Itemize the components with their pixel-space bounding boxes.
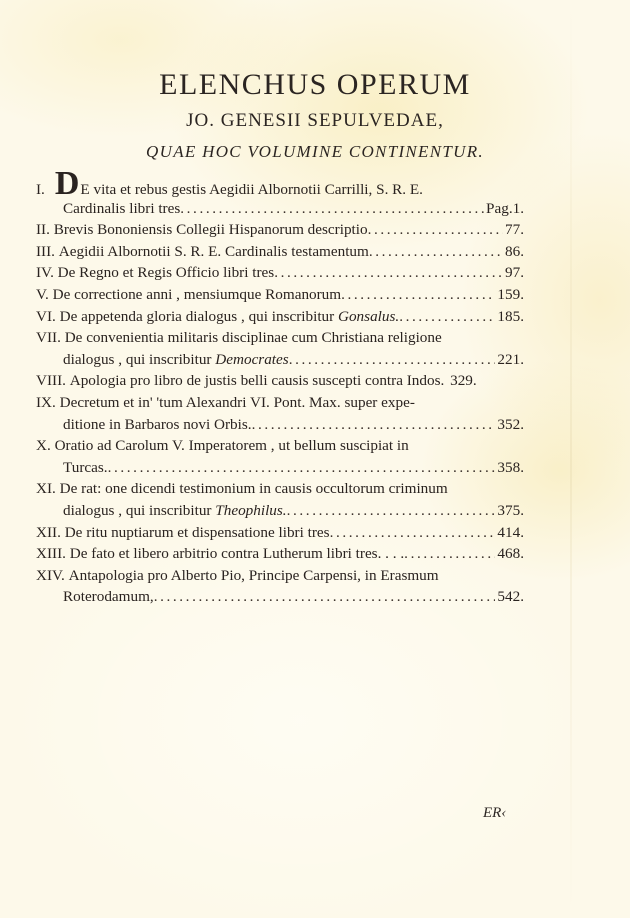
dot-leader: ........................................… <box>289 349 496 371</box>
toc-entry-4: IV. De Regno et Regis Officio libri tres… <box>36 262 524 284</box>
entry-title: De fato et libero arbitrio contra Luther… <box>70 543 404 565</box>
entry-numeral: XI. <box>36 478 56 500</box>
entry-numeral: X. <box>36 435 51 457</box>
dot-leader: ........................................… <box>252 414 496 436</box>
entry-title: Decretum et in' 'tum Alexandri VI. Pont.… <box>60 392 415 414</box>
entry-title: De Regno et Regis Officio libri tres <box>58 262 275 284</box>
page-fold-shadow <box>570 0 572 918</box>
entry-numeral: III. <box>36 241 55 263</box>
entry-title: De ritu nuptiarum et dispensatione libri… <box>65 522 330 544</box>
page-number: 221. <box>495 349 524 371</box>
catchword: ER‹ <box>483 805 506 822</box>
page-number: 468. <box>495 543 524 565</box>
dot-leader: ........................................… <box>330 522 496 544</box>
page-number: 414. <box>495 522 524 544</box>
page-number: 329. <box>448 370 477 392</box>
page-number: 542. <box>495 586 524 608</box>
entry-numeral: IV. <box>36 262 54 284</box>
dot-leader: ........................................… <box>180 198 484 220</box>
toc-entry-14-line-1: XIV. Antapologia pro Alberto Pio, Princi… <box>36 565 524 587</box>
dot-leader: ........................................… <box>369 241 503 263</box>
entry-title-italic: Democrates <box>215 349 288 371</box>
page-number: 375. <box>495 500 524 522</box>
toc-entry-14-line-2: Roterodamum, ...........................… <box>36 586 524 608</box>
entry-title-cont: dialogus , qui inscribitur <box>63 500 212 522</box>
entry-title: De rat: one dicendi testimonium in causi… <box>60 478 448 500</box>
dot-leader: ........................................… <box>108 457 496 479</box>
entry-numeral: XIV. <box>36 565 65 587</box>
entry-title: De appetenda gloria dialogus , qui inscr… <box>60 306 335 328</box>
toc-entry-10-line-1: X. Oratio ad Carolum V. Imperatorem , ut… <box>36 435 524 457</box>
entry-numeral: IX. <box>36 392 56 414</box>
page-number: 159. <box>495 284 524 306</box>
toc-entry-11-line-2: dialogus , qui inscribitur Theophilus. .… <box>36 500 524 522</box>
toc-entry-11-line-1: XI. De rat: one dicendi testimonium in c… <box>36 478 524 500</box>
table-of-contents: I. D E vita et rebus gestis Aegidii Albo… <box>36 176 524 608</box>
dot-leader: ........................................… <box>404 543 495 565</box>
toc-entry-7-line-1: VII. De convenientia militaris disciplin… <box>36 327 524 349</box>
page-number: 185. <box>495 306 524 328</box>
toc-entry-1-line-2: Cardinalis libri tres ..................… <box>36 198 524 220</box>
page-number: 97. <box>503 262 524 284</box>
page-number: 77. <box>503 219 524 241</box>
page-number: 86. <box>503 241 524 263</box>
entry-title: Antapologia pro Alberto Pio, Principe Ca… <box>69 565 439 587</box>
entry-title-italic: Theophilus. <box>215 500 286 522</box>
entry-title-cont: dialogus , qui inscribitur <box>63 349 212 371</box>
page-number: Pag.1. <box>484 198 524 220</box>
dot-leader: ........................................… <box>287 500 496 522</box>
dot-leader: ........................................… <box>399 306 495 328</box>
toc-entry-6: VI. De appetenda gloria dialogus , qui i… <box>36 306 524 328</box>
entry-numeral: I. <box>36 179 45 201</box>
toc-entry-10-line-2: Turcas. ................................… <box>36 457 524 479</box>
toc-entry-9-line-1: IX. Decretum et in' 'tum Alexandri VI. P… <box>36 392 524 414</box>
dot-leader: ........................................… <box>274 262 503 284</box>
toc-entry-2: II. Brevis Bononiensis Collegii Hispanor… <box>36 219 524 241</box>
entry-title: De correctione anni , mensiumque Romanor… <box>53 284 341 306</box>
entry-title-cont: ditione in Barbaros novi Orbis. <box>63 414 252 436</box>
entry-title-cont: Roterodamum, <box>63 586 154 608</box>
dot-leader: ........................................… <box>368 219 503 241</box>
toc-entry-3: III. Aegidii Albornotii S. R. E. Cardina… <box>36 241 524 263</box>
toc-entry-12: XII. De ritu nuptiarum et dispensatione … <box>36 522 524 544</box>
dot-leader: ........................................… <box>341 284 495 306</box>
entry-title-cont: Turcas. <box>63 457 108 479</box>
entry-title: Brevis Bononiensis Collegii Hispanorum d… <box>54 219 368 241</box>
toc-entry-9-line-2: ditione in Barbaros novi Orbis. ........… <box>36 414 524 436</box>
toc-entry-13: XIII. De fato et libero arbitrio contra … <box>36 543 524 565</box>
entry-numeral: V. <box>36 284 49 306</box>
entry-numeral: XII. <box>36 522 61 544</box>
entry-title: Aegidii Albornotii S. R. E. Cardinalis t… <box>59 241 369 263</box>
entry-numeral: II. <box>36 219 50 241</box>
entry-title: Oratio ad Carolum V. Imperatorem , ut be… <box>55 435 409 457</box>
author-line: JO. GENESII SEPULVEDAE, <box>0 110 630 132</box>
entry-title: De convenientia militaris disciplinae cu… <box>65 327 442 349</box>
toc-entry-1-line-1: I. D E vita et rebus gestis Aegidii Albo… <box>36 176 524 198</box>
drop-cap: D <box>55 176 80 192</box>
page-number: 358. <box>495 457 524 479</box>
contents-caption: QUAE HOC VOLUMINE CONTINENTUR. <box>0 142 630 162</box>
entry-title-italic: Gonsalus. <box>338 306 399 328</box>
entry-numeral: XIII. <box>36 543 66 565</box>
entry-numeral: VIII. <box>36 370 66 392</box>
entry-title: Apologia pro libro de justis belli causi… <box>70 370 445 392</box>
toc-entry-5: V. De correctione anni , mensiumque Roma… <box>36 284 524 306</box>
entry-numeral: VII. <box>36 327 61 349</box>
toc-entry-7-line-2: dialogus , qui inscribitur Democrates ..… <box>36 349 524 371</box>
entry-numeral: VI. <box>36 306 56 328</box>
dot-leader: ........................................… <box>154 586 496 608</box>
entry-title-cont: Cardinalis libri tres <box>63 198 180 220</box>
book-page: ELENCHUS OPERUM JO. GENESII SEPULVEDAE, … <box>0 0 630 918</box>
toc-entry-8: VIII. Apologia pro libro de justis belli… <box>36 370 524 392</box>
page-number: 352. <box>495 414 524 436</box>
page-title: ELENCHUS OPERUM <box>0 68 630 102</box>
